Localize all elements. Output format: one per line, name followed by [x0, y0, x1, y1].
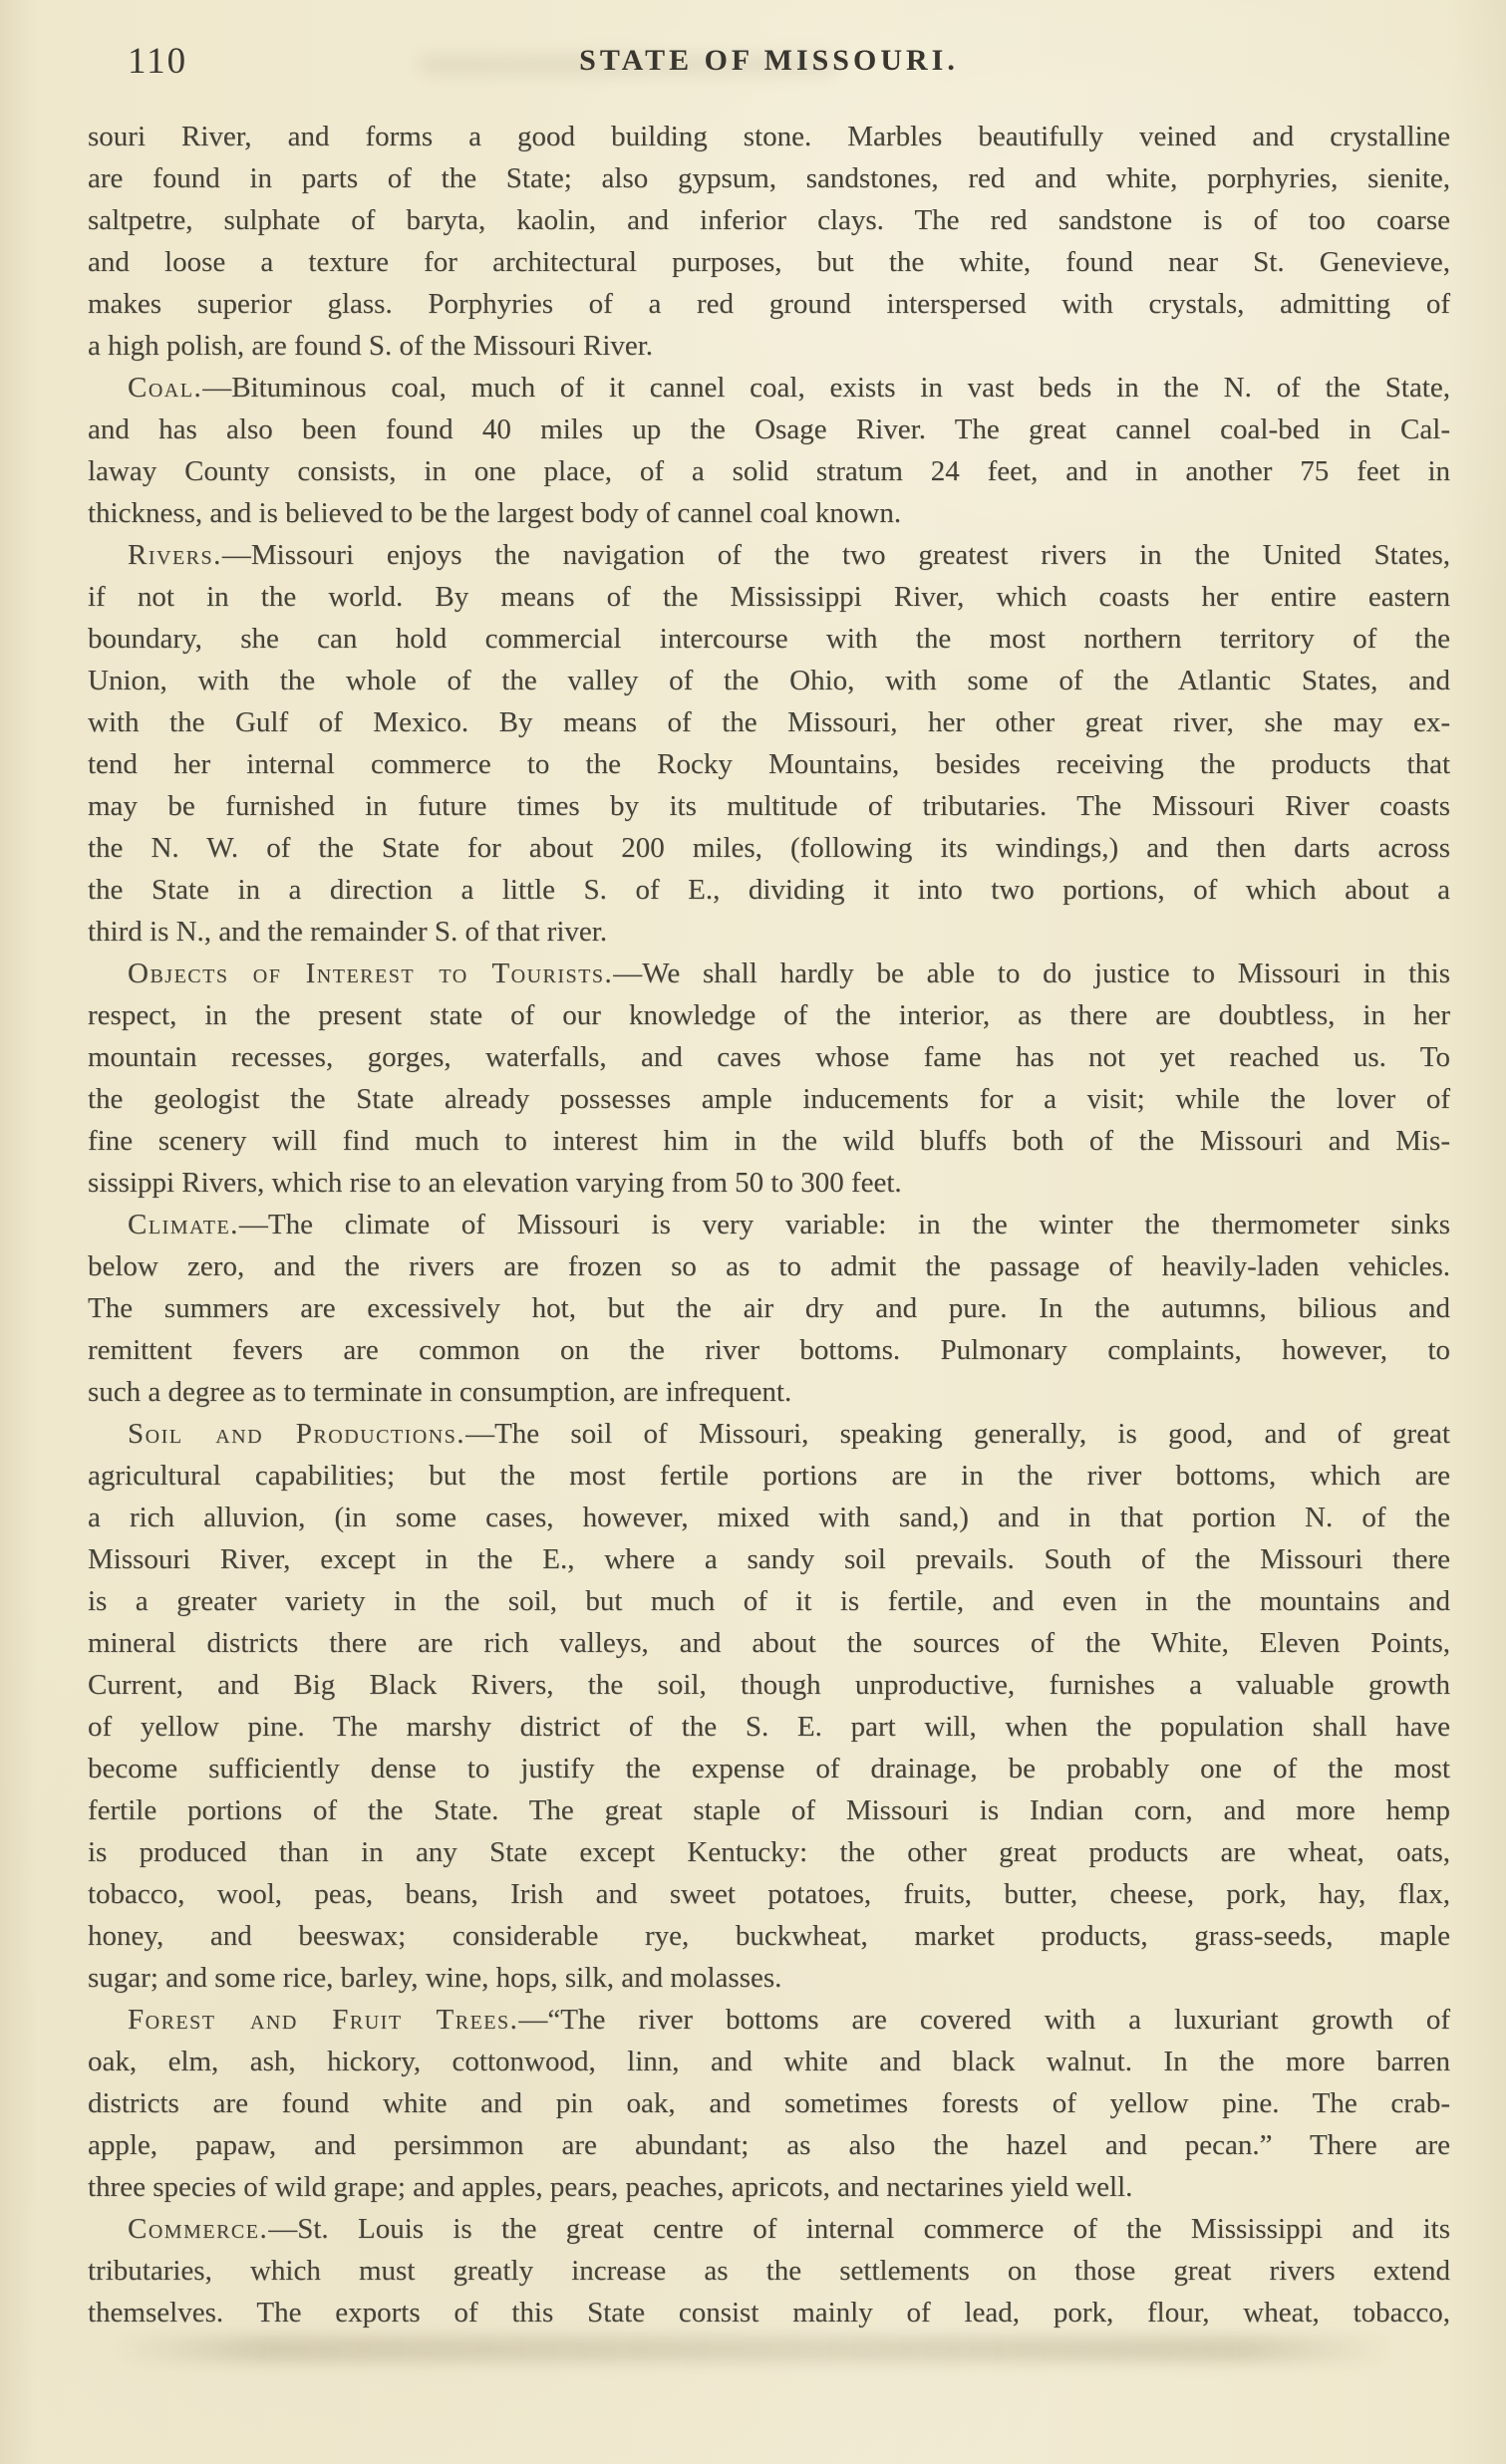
text-line: Forest and Fruit Trees.—“The river botto…	[88, 1999, 1450, 2041]
text-line: and has also been found 40 miles up the …	[88, 409, 1450, 450]
text-line: laway County consists, in one place, of …	[88, 450, 1450, 492]
text-line: the State in a direction a little S. of …	[88, 869, 1450, 911]
text-line: themselves. The exports of this State co…	[88, 2292, 1450, 2333]
text-line: such a degree as to terminate in consump…	[88, 1371, 1450, 1413]
text-line: sugar; and some rice, barley, wine, hops…	[88, 1957, 1450, 1999]
text-line: mountain recesses, gorges, waterfalls, a…	[88, 1036, 1450, 1078]
page-number: 110	[128, 40, 187, 83]
text-line: is a greater variety in the soil, but mu…	[88, 1580, 1450, 1622]
section-heading: Objects of Interest to Tourists.	[128, 958, 613, 989]
text-line: of yellow pine. The marshy district of t…	[88, 1706, 1450, 1748]
section-heading: Coal.	[128, 372, 202, 404]
text-line: agricultural capabilities; but the most …	[88, 1455, 1450, 1497]
running-head: STATE OF MISSOURI.	[88, 38, 1450, 78]
section-heading: Rivers.	[128, 539, 222, 571]
bleedthrough-smudge	[110, 2336, 1395, 2362]
text-line: the N. W. of the State for about 200 mil…	[88, 827, 1450, 869]
text-line: Climate.—The climate of Missouri is very…	[88, 1204, 1450, 1245]
text-line: souri River, and forms a good building s…	[88, 116, 1450, 157]
text-line: oak, elm, ash, hickory, cottonwood, linn…	[88, 2041, 1450, 2082]
text-line: Rivers.—Missouri enjoys the navigation o…	[88, 534, 1450, 576]
text-line: three species of wild grape; and apples,…	[88, 2166, 1450, 2208]
text-line: makes superior glass. Porphyries of a re…	[88, 283, 1450, 325]
paragraph-building-stone: souri River, and forms a good building s…	[88, 116, 1450, 367]
text-line: is produced than in any State except Ken…	[88, 1831, 1450, 1873]
text-line: if not in the world. By means of the Mis…	[88, 576, 1450, 618]
text-line: with the Gulf of Mexico. By means of the…	[88, 701, 1450, 743]
text-line: tobacco, wool, peas, beans, Irish and sw…	[88, 1873, 1450, 1915]
text-line: thickness, and is believed to be the lar…	[88, 492, 1450, 534]
text-line: Objects of Interest to Tourists.—We shal…	[88, 953, 1450, 994]
book-page: 110 STATE OF MISSOURI. souri River, and …	[0, 0, 1506, 2464]
section-heading: Commerce.	[128, 2213, 268, 2245]
text-line: a rich alluvion, (in some cases, however…	[88, 1497, 1450, 1538]
paragraph-commerce: Commerce.—St. Louis is the great centre …	[88, 2208, 1450, 2333]
text-line: below zero, and the rivers are frozen so…	[88, 1245, 1450, 1287]
text-line: Coal.—Bituminous coal, much of it cannel…	[88, 367, 1450, 409]
text-line: Union, with the whole of the valley of t…	[88, 660, 1450, 701]
page-header: 110 STATE OF MISSOURI.	[88, 38, 1450, 84]
text-line: tributaries, which must greatly increase…	[88, 2250, 1450, 2292]
text-line: are found in parts of the State; also gy…	[88, 157, 1450, 199]
text-line: remittent fevers are common on the river…	[88, 1329, 1450, 1371]
text-line: districts are found white and pin oak, a…	[88, 2082, 1450, 2124]
text-line: Missouri River, except in the E., where …	[88, 1538, 1450, 1580]
text-line: mineral districts there are rich valleys…	[88, 1622, 1450, 1664]
text-line: saltpetre, sulphate of baryta, kaolin, a…	[88, 199, 1450, 241]
body-text: souri River, and forms a good building s…	[88, 116, 1450, 2333]
paragraph-rivers: Rivers.—Missouri enjoys the navigation o…	[88, 534, 1450, 953]
section-heading: Soil and Productions.	[128, 1418, 465, 1450]
text-line: honey, and beeswax; considerable rye, bu…	[88, 1915, 1450, 1957]
section-heading: Forest and Fruit Trees.	[128, 2004, 518, 2036]
paragraph-climate: Climate.—The climate of Missouri is very…	[88, 1204, 1450, 1413]
paragraph-objects-of-interest: Objects of Interest to Tourists.—We shal…	[88, 953, 1450, 1204]
paragraph-coal: Coal.—Bituminous coal, much of it cannel…	[88, 367, 1450, 534]
text-line: sissippi Rivers, which rise to an elevat…	[88, 1162, 1450, 1204]
text-line: become sufficiently dense to justify the…	[88, 1748, 1450, 1789]
text-line: respect, in the present state of our kno…	[88, 994, 1450, 1036]
text-line: The summers are excessively hot, but the…	[88, 1287, 1450, 1329]
text-line: boundary, she can hold commercial interc…	[88, 618, 1450, 660]
text-line: fertile portions of the State. The great…	[88, 1789, 1450, 1831]
text-line: a high polish, are found S. of the Misso…	[88, 325, 1450, 367]
section-heading: Climate.	[128, 1209, 239, 1240]
text-line: apple, papaw, and persimmon are abundant…	[88, 2124, 1450, 2166]
text-line: Current, and Big Black Rivers, the soil,…	[88, 1664, 1450, 1706]
text-line: and loose a texture for architectural pu…	[88, 241, 1450, 283]
text-line: Commerce.—St. Louis is the great centre …	[88, 2208, 1450, 2250]
text-line: Soil and Productions.—The soil of Missou…	[88, 1413, 1450, 1455]
text-line: may be furnished in future times by its …	[88, 785, 1450, 827]
paragraph-soil-and-productions: Soil and Productions.—The soil of Missou…	[88, 1413, 1450, 1999]
paragraph-forest-and-fruit-trees: Forest and Fruit Trees.—“The river botto…	[88, 1999, 1450, 2208]
text-line: fine scenery will find much to interest …	[88, 1120, 1450, 1162]
text-line: the geologist the State already possesse…	[88, 1078, 1450, 1120]
text-line: tend her internal commerce to the Rocky …	[88, 743, 1450, 785]
text-line: third is N., and the remainder S. of tha…	[88, 911, 1450, 953]
